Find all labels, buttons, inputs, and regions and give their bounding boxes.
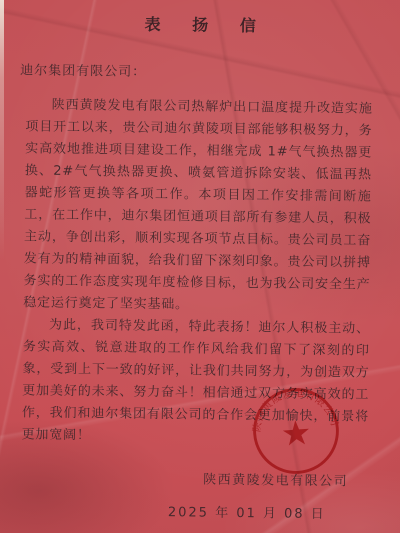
signature-date: 2025 年 01 月 08 日: [21, 499, 326, 522]
letter-title: 表 扬 信: [27, 10, 374, 37]
letter-content: 表 扬 信 迪尔集团有限公司： 陕西黄陵发电有限公司热解炉出口温度提升改造实施项…: [0, 0, 400, 533]
paragraph-1: 陕西黄陵发电有限公司热解炉出口温度提升改造实施项目开工以来，贵公司迪尔黄陵项目部…: [23, 94, 373, 318]
salutation: 迪尔集团有限公司：: [20, 59, 373, 82]
paragraph-2: 为此，我司特发此函，特此表扬！迪尔人积极主动、务实高效、锐意进取的工作作风给我们…: [22, 314, 371, 450]
letter-paper: 表 扬 信 迪尔集团有限公司： 陕西黄陵发电有限公司热解炉出口温度提升改造实施项…: [0, 0, 400, 533]
signature-block: 陕西黄陵发电有限公司 2025 年 01 月 08 日: [21, 466, 369, 522]
signature-company: 陕西黄陵发电有限公司: [21, 466, 348, 489]
